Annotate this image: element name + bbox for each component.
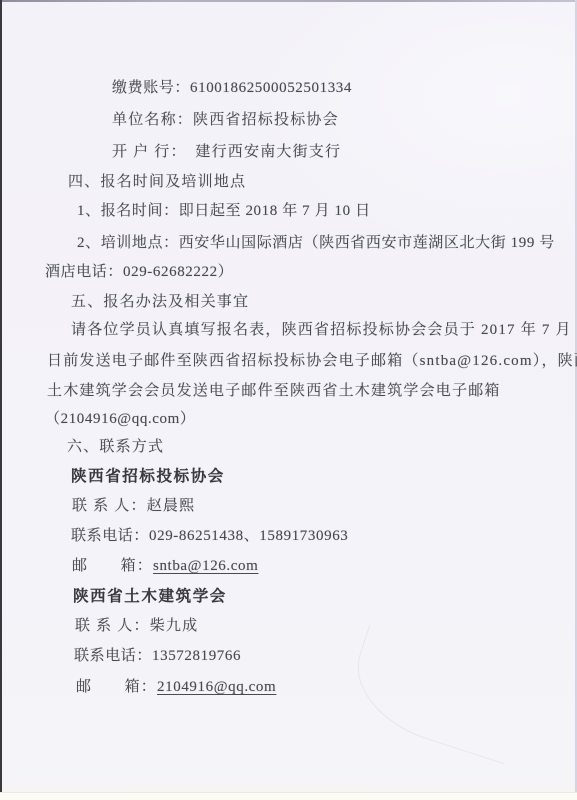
scan-edge-left xyxy=(0,0,2,800)
section4-item1-registration-time: 1、报名时间：即日起至 2018 年 7 月 10 日 xyxy=(77,199,371,220)
section5-paragraph-email-line: （2104916@qq.com） xyxy=(45,407,196,428)
section5-paragraph-line1: 请各位学员认真填写报名表，陕西省招标投标协会会员于 2017 年 7 月 11 xyxy=(71,318,577,339)
section5-paragraph-line2: 日前发送电子邮件至陕西省招标投标协会电子邮箱（sntba@126.com），陕西… xyxy=(47,349,577,370)
org2-contact-person-line: 联 系 人：柴九成 xyxy=(75,614,198,635)
org1-phone-line: 联系电话：029-86251438、15891730963 xyxy=(71,524,348,545)
payment-bank-line: 开 户 行： 建行西安南大街支行 xyxy=(112,140,341,161)
org2-email-label: 邮 箱： xyxy=(76,679,157,695)
scan-edge-bottom xyxy=(0,792,577,800)
scan-artifact-curve xyxy=(341,625,532,764)
org1-email-line: 邮 箱：sntba@126.com xyxy=(72,554,258,575)
section6-heading: 六、联系方式 xyxy=(67,435,164,456)
org1-email-label: 邮 箱： xyxy=(72,558,153,574)
org2-email-line: 邮 箱：2104916@qq.com xyxy=(76,675,276,696)
org1-email-link: sntba@126.com xyxy=(153,558,258,574)
section4-item2-training-location: 2、培训地点：西安华山国际酒店（陕西省西安市莲湖区北大街 199 号 xyxy=(77,231,555,252)
payment-unit-name-line: 单位名称：陕西省招标投标协会 xyxy=(112,108,339,129)
org2-email-link: 2104916@qq.com xyxy=(157,679,276,695)
scanned-document-page: 缴费账号：61001862500052501334 单位名称：陕西省招标投标协会… xyxy=(0,0,577,800)
org2-name: 陕西省土木建筑学会 xyxy=(73,584,227,606)
section5-paragraph-line3: 土木建筑学会会员发送电子邮件至陕西省土木建筑学会电子邮箱 xyxy=(47,379,501,400)
scan-edge-top xyxy=(0,0,577,2)
section4-heading: 四、报名时间及培训地点 xyxy=(68,170,246,191)
org1-contact-person-line: 联 系 人：赵晨熙 xyxy=(72,494,195,515)
section4-item2-hotel-phone: 酒店电话：029-62682222） xyxy=(45,260,233,281)
payment-account-line: 缴费账号：61001862500052501334 xyxy=(112,76,352,97)
org2-phone-line: 联系电话：13572819766 xyxy=(74,644,241,665)
section5-heading: 五、报名办法及相关事宜 xyxy=(71,290,249,311)
org1-name: 陕西省招标投标协会 xyxy=(71,464,225,486)
